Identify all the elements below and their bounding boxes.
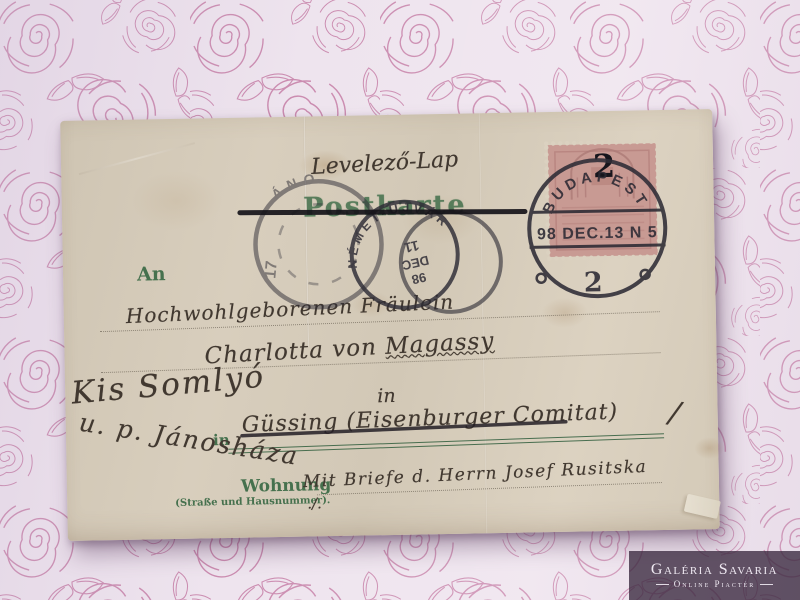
postmark-nemetujvar-year: 98: [410, 270, 427, 288]
note-mark: ./.: [307, 494, 322, 512]
postmark-nemetujvar-month: DEC: [400, 253, 431, 274]
age-stain: [542, 297, 589, 328]
salutation-line: Hochwohlgeborenen Fräulein: [125, 290, 454, 329]
dash-ornament: [760, 584, 773, 585]
postmark-ornament-dot: [537, 274, 546, 283]
handwritten-in: in: [377, 385, 396, 407]
watermark-banner: Galéria Savaria Online Piactér: [629, 551, 800, 600]
delivery-note: Mit Briefe d. Herrn Josef Rusitska: [302, 457, 647, 492]
an-label: An: [137, 263, 166, 286]
watermark-title: Galéria Savaria: [651, 562, 778, 578]
watermark-subtitle: Online Piactér: [674, 580, 755, 589]
postage-stamp: 2: [546, 142, 659, 259]
postmark-arrival-number: 17: [262, 260, 280, 279]
postmark-budapest-number: 2: [584, 267, 603, 298]
destination-slash-stroke: /: [667, 395, 682, 431]
stamp-numeral: 2: [593, 147, 616, 185]
recipient-surname: Magassy: [384, 328, 495, 360]
destination-line: Güssing (Eisenburger Comitat): [241, 400, 618, 438]
postmark-budapest: BUDAPEST 98 DEC.13 N 5 2: [528, 159, 667, 299]
postmark-budapest-date: 98 DEC.13 N 5: [537, 224, 658, 243]
printed-card-type: Postkarte: [251, 189, 520, 225]
postmark-ornament-dot: [641, 270, 650, 279]
svg-text:BUDAPEST: BUDAPEST: [539, 167, 653, 216]
postmark-budapest-city: BUDAPEST: [539, 167, 653, 216]
postcard: Postkarte An in Wohnung (Straße und Haus…: [60, 109, 720, 541]
watermark-subtitle-row: Online Piactér: [656, 580, 773, 589]
photo-of-postcard: Postkarte An in Wohnung (Straße und Haus…: [0, 0, 800, 600]
age-stain: [131, 170, 222, 232]
dash-ornament: [656, 584, 669, 585]
postmark-nemetujvar-day: 11: [402, 237, 420, 256]
forward-place: Kis Somlyó: [70, 359, 267, 412]
bent-corner: [684, 494, 721, 519]
